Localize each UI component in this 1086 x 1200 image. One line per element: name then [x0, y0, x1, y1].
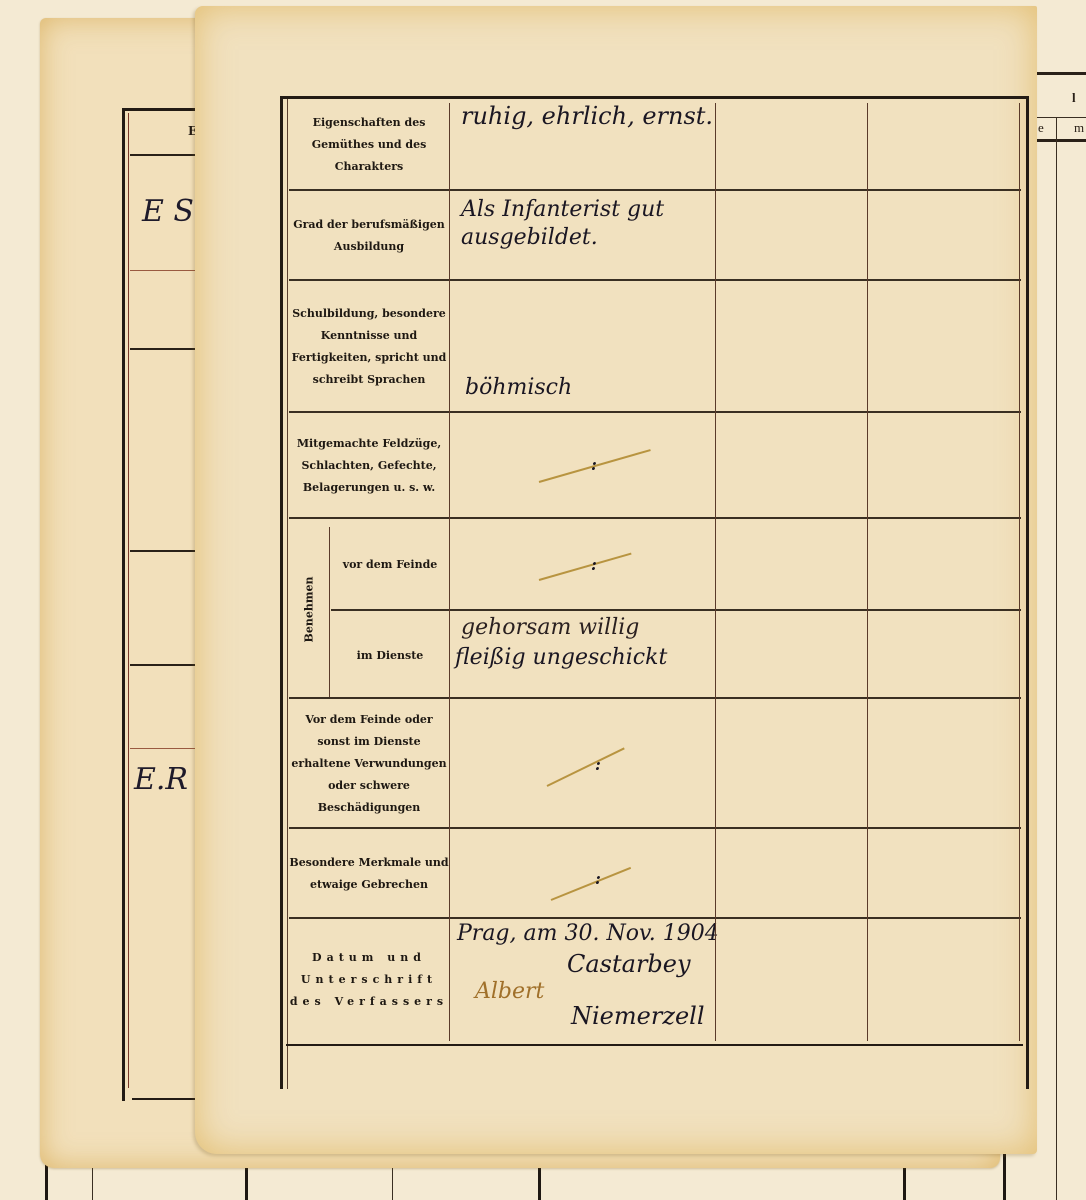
row-label: Vor dem Feinde oder sonst im Dienste erh…: [289, 699, 449, 829]
front-sheet-qualification-form: Eigenschaften des Gemüthes und des Chara…: [195, 6, 1037, 1154]
row-label: Schulbildung, besondere Kenntnisse und F…: [289, 281, 449, 413]
signature-rank: Castarbey: [567, 949, 691, 979]
row-label: Eigenschaften des Gemüthes und des Chara…: [289, 99, 449, 191]
handwritten-entry-line2: fleißig ungeschickt: [455, 643, 667, 673]
handwritten-entry: böhmisch: [465, 373, 572, 403]
form-table: Eigenschaften des Gemüthes und des Chara…: [280, 96, 1029, 1089]
conduct-sub-label-duty: im Dienste: [331, 611, 449, 699]
nil-dots: :: [591, 455, 597, 474]
row-entry: :: [455, 413, 717, 519]
ledger-column-line: [1003, 1150, 1006, 1200]
form-left-rule-extension: [280, 1044, 283, 1089]
ledger-rule-header: [1036, 117, 1086, 118]
column-divider: [715, 103, 716, 1041]
row-entry: Prag, am 30. Nov. 1904 Castarbey Albert …: [455, 919, 717, 1041]
ledger-col-m: m: [1074, 120, 1084, 136]
row-entry: :: [455, 829, 717, 919]
form-bottom-rule: [286, 1044, 1023, 1046]
ledger-rule-top: [1036, 72, 1086, 75]
handwritten-entry-line1: gehorsam willig: [461, 613, 639, 643]
row-entry: böhmisch: [455, 281, 717, 413]
back-sheet-inner-rule: [128, 113, 129, 1088]
form-row-injuries: Vor dem Feinde oder sonst im Dienste erh…: [289, 699, 1021, 829]
nil-dash-mark: [551, 867, 631, 901]
conduct-sub-label-enemy: vor dem Feinde: [331, 519, 449, 609]
form-row-conduct-group: Benehmen vor dem Feinde im Dienste : geh…: [289, 519, 1021, 699]
nil-dash-mark: [539, 553, 632, 581]
column-divider: [867, 103, 868, 1041]
form-row-campaigns: Mitgemachte Feldzüge, Schlachten, Gefech…: [289, 413, 1021, 519]
ledger-column-line: [1056, 117, 1057, 1200]
signature-last-name: Niemerzell: [571, 1001, 705, 1031]
row-entry: ruhig, ehrlich, ernst.: [455, 99, 717, 191]
ledger-col-e: e: [1038, 120, 1044, 136]
back-sheet-handwriting: E.R: [134, 762, 188, 797]
form-row-education: Schulbildung, besondere Kenntnisse und F…: [289, 281, 1021, 413]
conduct-group-divider: [329, 527, 330, 699]
handwritten-entry-line2: ausgebildet.: [461, 223, 598, 253]
conduct-group-label: Benehmen: [289, 519, 329, 699]
form-row-date-signature: Datum und Unterschrift des Verfassers Pr…: [289, 919, 1021, 1041]
row-label: Mitgemachte Feldzüge, Schlachten, Gefech…: [289, 413, 449, 519]
row-entry: :: [455, 699, 717, 829]
handwritten-entry-line1: Als Infanterist gut: [461, 195, 664, 225]
row-entry: Als Infanterist gut ausgebildet.: [455, 191, 717, 281]
conduct-group-label-text: Benehmen: [303, 576, 316, 642]
form-row-distinguishing-marks: Besondere Merkmale und etwaige Gebrechen…: [289, 829, 1021, 919]
handwritten-entry: ruhig, ehrlich, ernst.: [461, 101, 713, 131]
row-label: Besondere Merkmale und etwaige Gebrechen: [289, 829, 449, 919]
form-table-inner-rule: [287, 99, 288, 1089]
row-label: Grad der berufsmäßigen Ausbildung: [289, 191, 449, 281]
ledger-header-fragment: l: [1072, 90, 1076, 106]
ledger-rule-header-bottom: [1036, 139, 1086, 142]
form-row-training: Grad der berufsmäßigen Ausbildung Als In…: [289, 191, 1021, 281]
handwritten-date-place: Prag, am 30. Nov. 1904: [457, 919, 719, 949]
nil-dots: :: [591, 555, 597, 574]
nil-dots: :: [595, 869, 601, 888]
form-row-character: Eigenschaften des Gemüthes und des Chara…: [289, 99, 1021, 191]
column-divider-right: [1019, 103, 1020, 1041]
row-label: Datum und Unterschrift des Verfassers: [289, 919, 449, 1041]
nil-dots: :: [595, 755, 601, 774]
back-sheet-handwriting: E S: [142, 194, 194, 229]
signature-first-name: Albert: [475, 977, 544, 1007]
nil-dash-mark: [547, 747, 625, 786]
conduct-entries: : gehorsam willig fleißig ungeschickt: [455, 519, 717, 699]
column-divider-label-entry: [449, 103, 450, 1041]
